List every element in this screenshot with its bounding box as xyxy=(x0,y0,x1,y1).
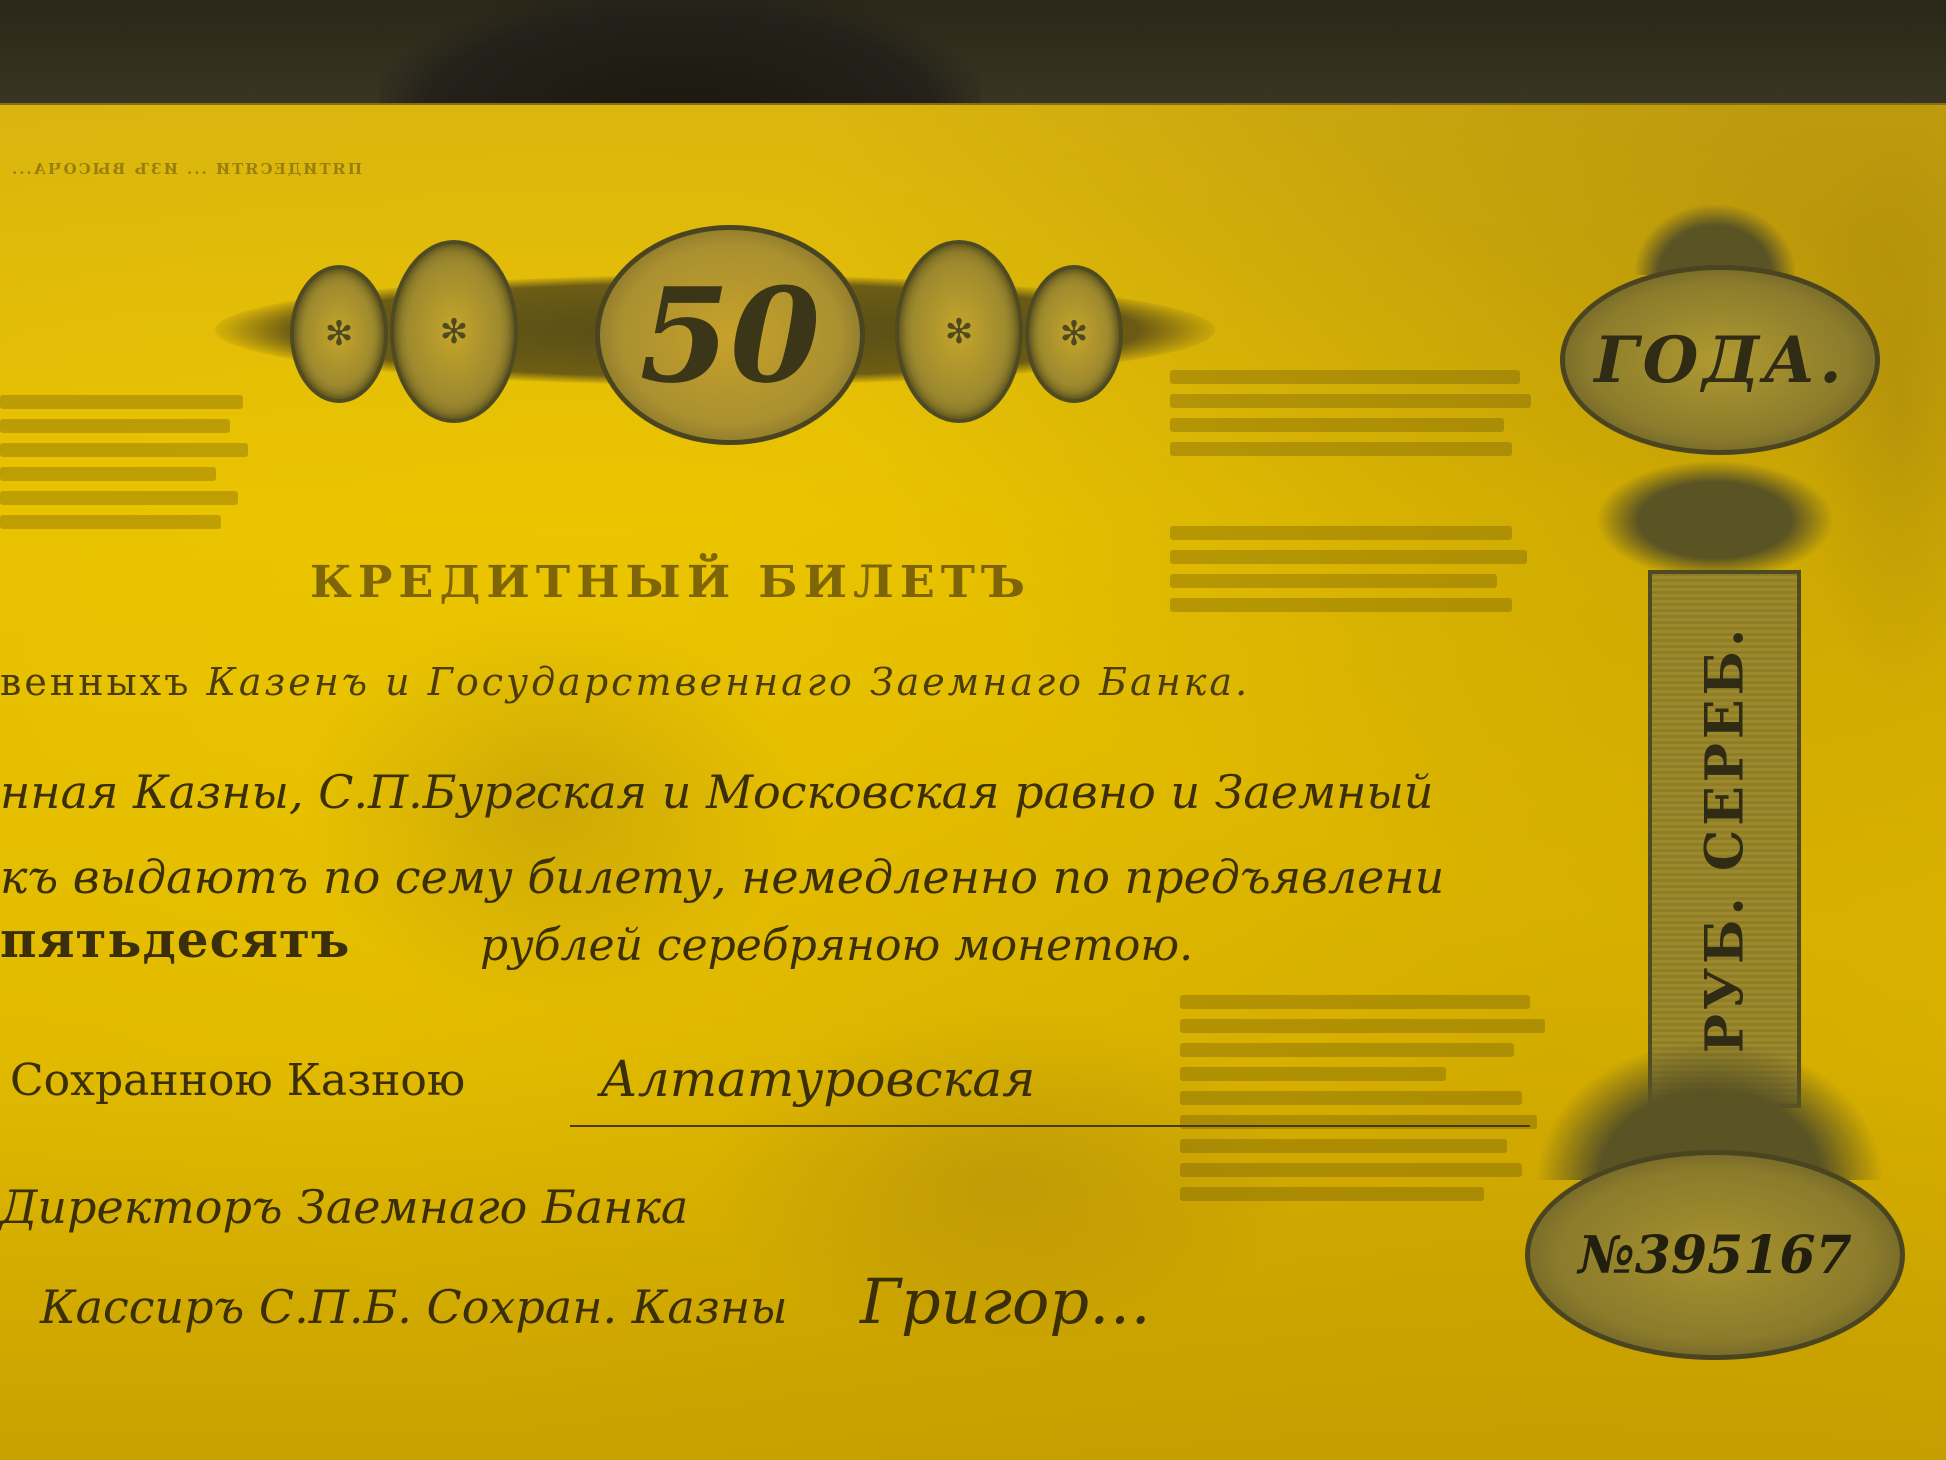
note-title: КРЕДИТНЫЙ БИЛЕТЪ xyxy=(310,556,1031,607)
show-through-text-block xyxy=(1180,985,1560,1211)
denomination-cartouche: ✻ ✻ 50 ✻ ✻ xyxy=(215,185,1215,475)
value-pillar: РУБ. СЕРЕБ. xyxy=(1648,570,1801,1108)
signature-label-3: Кассиръ С.П.Б. Сохран. Казны xyxy=(40,1280,788,1334)
subtitle-prefix: венныхъ xyxy=(0,660,206,704)
signature-3: Григор… xyxy=(860,1265,1151,1338)
lamp-silhouette xyxy=(380,0,980,120)
signature-underline xyxy=(570,1125,1530,1127)
medium-oval-right: ✻ xyxy=(895,240,1023,423)
column-capital xyxy=(1595,460,1835,580)
small-oval-right: ✻ xyxy=(1025,265,1123,403)
amount-rest: рублей серебряною монетою. xyxy=(480,920,1193,971)
body-line-2: къ выдаютъ по сему билету, немедленно по… xyxy=(0,850,1444,904)
year-oval: ГОДА. xyxy=(1560,265,1880,455)
medium-oval-left: ✻ xyxy=(390,240,518,423)
show-through-header: ПЯТИДЕСЯТИ ... ИЗЪ ВЫСОЧА... xyxy=(10,160,362,178)
subtitle-main: Казенъ и Государственнаго Заемнаго Банка… xyxy=(206,660,1250,704)
body-line-1: нная Казны, С.П.Бургская и Московская ра… xyxy=(0,765,1434,819)
note-subtitle: венныхъ Казенъ и Государственнаго Заемна… xyxy=(0,660,1250,704)
rosette-icon: ✻ xyxy=(945,312,974,352)
serial-medallion: №395167 xyxy=(1525,1040,1895,1350)
denomination-numeral: 50 xyxy=(595,225,865,445)
signature-label-2: Директоръ Заемнаго Банка xyxy=(0,1180,688,1234)
show-through-text-block xyxy=(1170,360,1550,622)
year-medallion: ГОДА. xyxy=(1560,205,1870,435)
rosette-icon: ✻ xyxy=(1060,314,1089,354)
signature-label-1: Сохранною Казною xyxy=(10,1055,465,1106)
serial-number: №395167 xyxy=(1525,1150,1905,1360)
rosette-icon: ✻ xyxy=(440,312,469,352)
signature-1: Алтатуровская xyxy=(600,1050,1035,1108)
amount-word: пятьдесятъ xyxy=(0,910,350,969)
rosette-icon: ✻ xyxy=(325,314,354,354)
small-oval-left: ✻ xyxy=(290,265,388,403)
pillar-text: РУБ. СЕРЕБ. xyxy=(1694,625,1755,1053)
